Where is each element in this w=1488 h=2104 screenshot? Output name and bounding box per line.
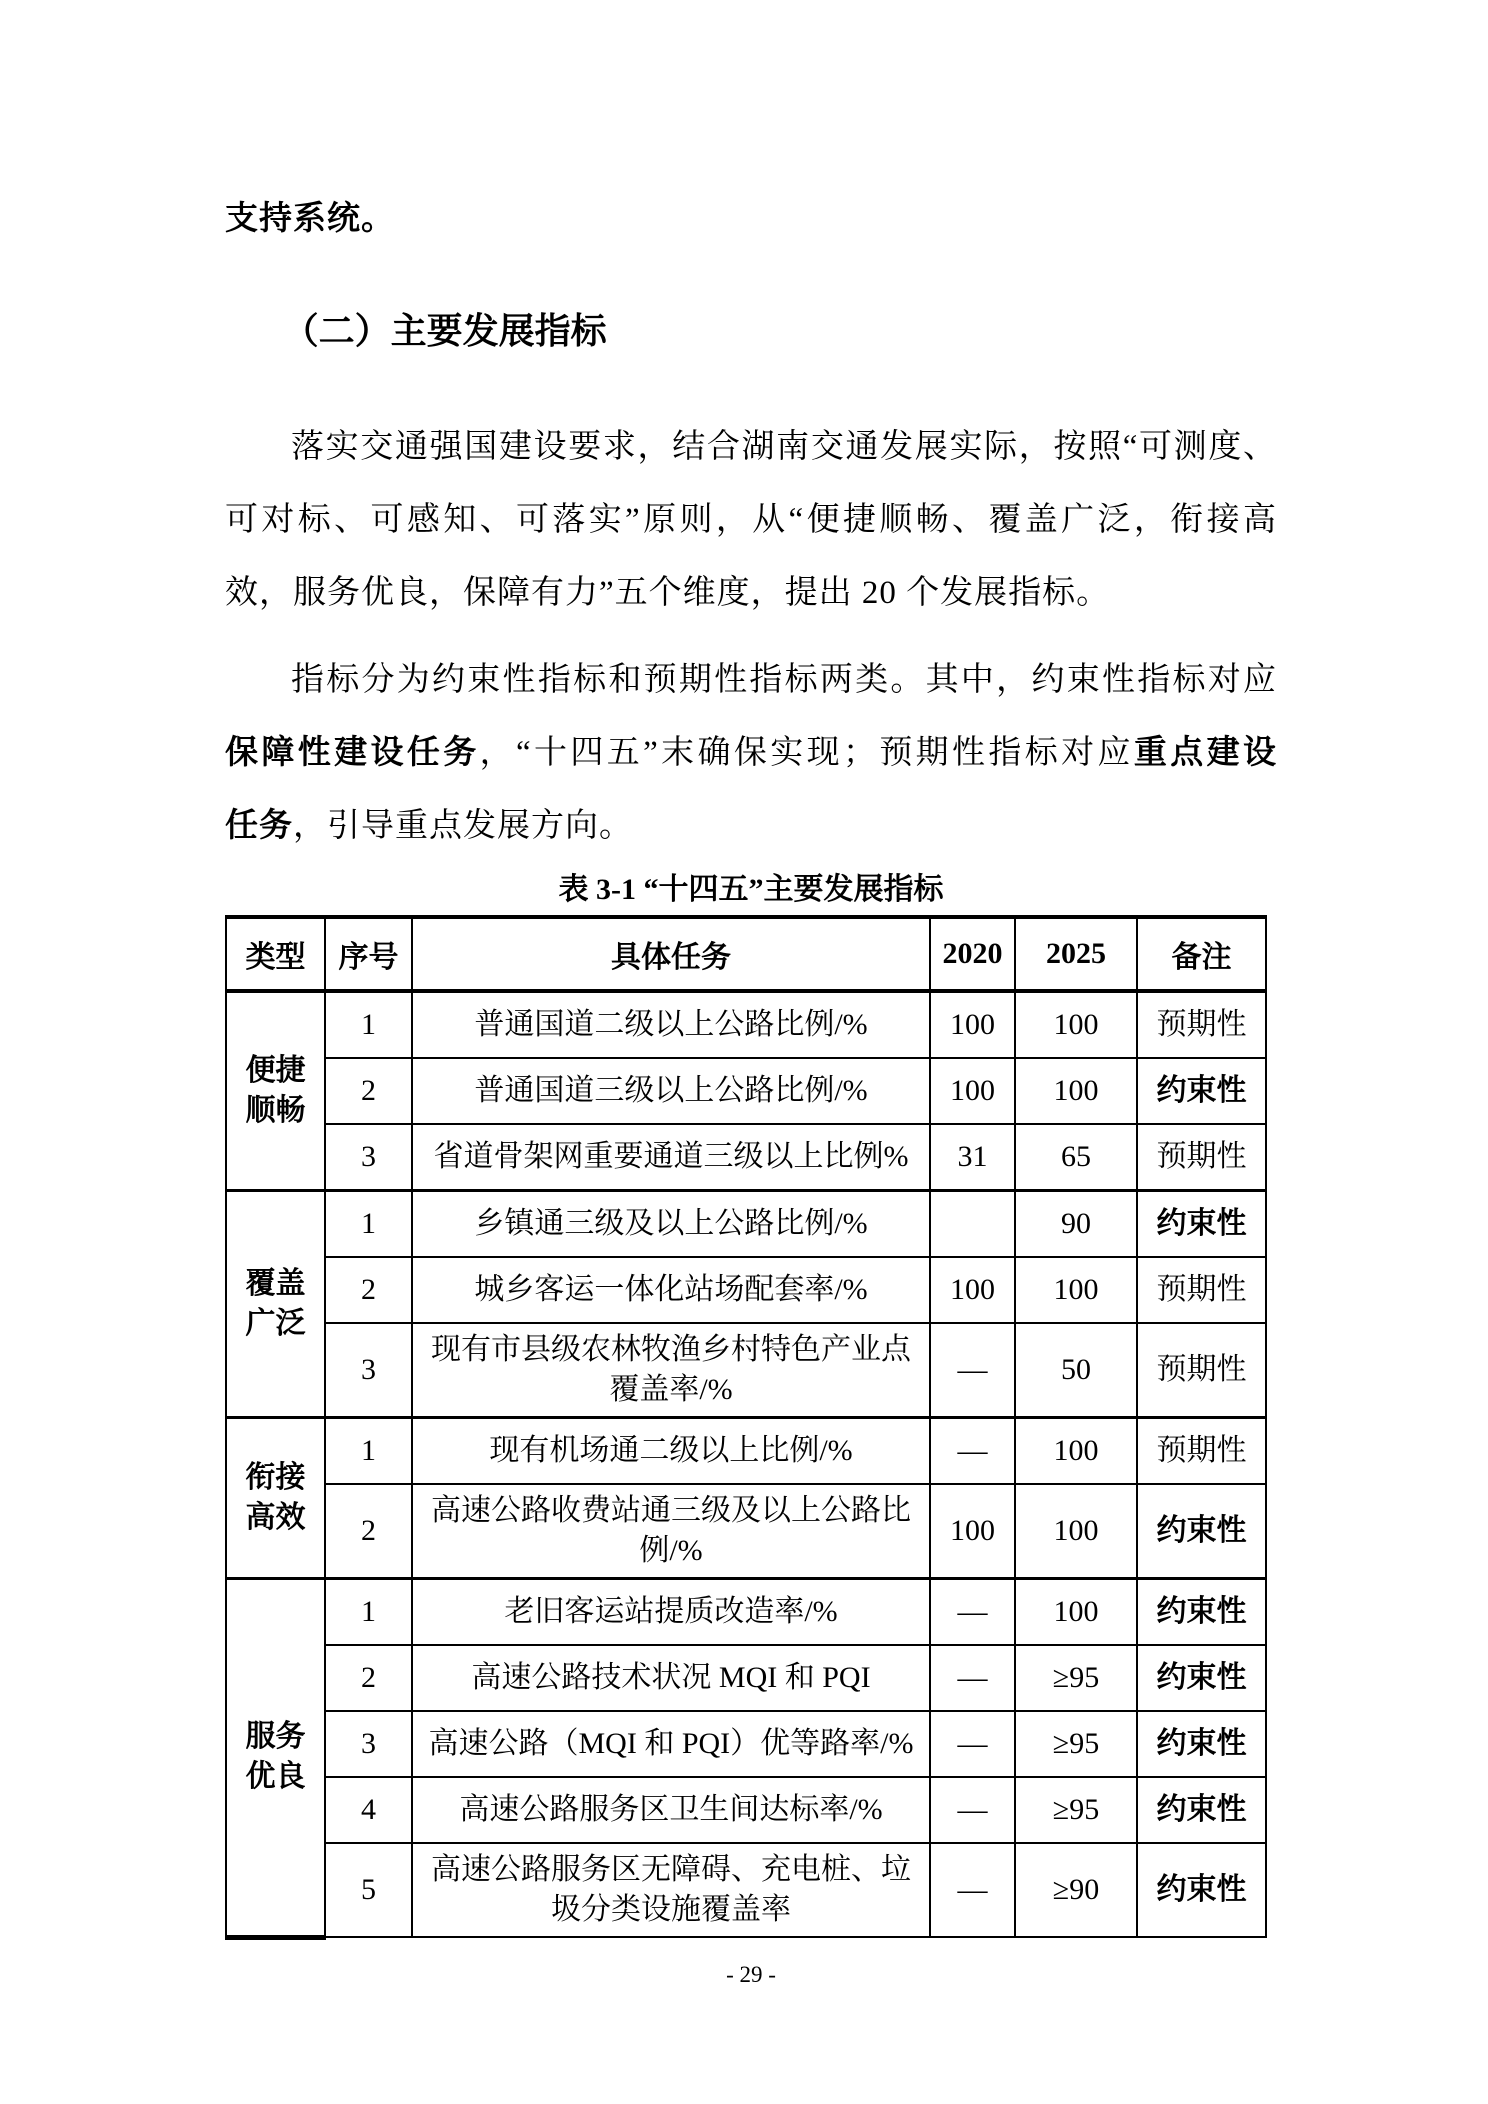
value-2025-cell: 65: [1015, 1124, 1137, 1191]
row-number-cell: 1: [325, 1418, 412, 1485]
value-2025-cell: ≥95: [1015, 1711, 1137, 1777]
note-cell: 约束性: [1137, 1777, 1266, 1843]
note-cell: 约束性: [1137, 1711, 1266, 1777]
table-row: 5高速公路服务区无障碍、充电桩、垃圾分类设施覆盖率—≥90约束性: [226, 1843, 1266, 1937]
value-2025-cell: 100: [1015, 1418, 1137, 1485]
task-cell: 高速公路收费站通三级及以上公路比例/%: [412, 1484, 930, 1579]
table-row: 2高速公路收费站通三级及以上公路比例/%100100约束性: [226, 1484, 1266, 1579]
bold-text-run: 任务: [225, 808, 293, 844]
task-cell: 老旧客运站提质改造率/%: [412, 1579, 930, 1646]
page-content: 支持系统。 （二）主要发展指标 落实交通强国建设要求，结合湖南交通发展实际，按照…: [0, 183, 1488, 1992]
task-cell: 高速公路服务区卫生间达标率/%: [412, 1777, 930, 1843]
row-number-cell: 5: [325, 1843, 412, 1937]
text-run: 指标分为约束性指标和预期性指标两类。其中，约束性指标对应: [291, 662, 1277, 698]
value-2020-cell: —: [930, 1579, 1015, 1646]
table-row: 2城乡客运一体化站场配套率/%100100预期性: [226, 1257, 1266, 1323]
column-header: 2025: [1015, 917, 1137, 991]
value-2020-cell: 100: [930, 1484, 1015, 1579]
value-2020-cell: —: [930, 1323, 1015, 1418]
value-2025-cell: 90: [1015, 1191, 1137, 1258]
task-cell: 现有机场通二级以上比例/%: [412, 1418, 930, 1485]
row-number-cell: 1: [325, 1579, 412, 1646]
table-row: 3高速公路（MQI 和 PQI）优等路率/%—≥95约束性: [226, 1711, 1266, 1777]
value-2020-cell: —: [930, 1418, 1015, 1485]
value-2020-cell: —: [930, 1777, 1015, 1843]
note-cell: 约束性: [1137, 1484, 1266, 1579]
text-run: ，“十四五”末确保实现；预期性指标对应: [480, 735, 1134, 771]
value-2025-cell: ≥90: [1015, 1843, 1137, 1937]
table-row: 衔接高效1现有机场通二级以上比例/%—100预期性: [226, 1418, 1266, 1485]
text-line: 落实交通强国建设要求，结合湖南交通发展实际，按照“可测度、: [225, 411, 1277, 484]
text-run: 落实交通强国建设要求，结合湖南交通发展实际，按照“可测度、: [291, 429, 1277, 465]
bold-text-run: 重点建设: [1134, 735, 1277, 771]
value-2025-cell: 100: [1015, 1579, 1137, 1646]
continuation-paragraph: 支持系统。: [225, 183, 1277, 256]
text-line: 可对标、可感知、可落实”原则，从“便捷顺畅、覆盖广泛，衔接高: [225, 484, 1277, 557]
table-row: 服务优良1老旧客运站提质改造率/%—100约束性: [226, 1579, 1266, 1646]
task-cell: 乡镇通三级及以上公路比例/%: [412, 1191, 930, 1258]
value-2020-cell: 100: [930, 991, 1015, 1058]
task-cell: 城乡客运一体化站场配套率/%: [412, 1257, 930, 1323]
task-cell: 现有市县级农林牧渔乡村特色产业点覆盖率/%: [412, 1323, 930, 1418]
column-header: 备注: [1137, 917, 1266, 991]
text-line: 任务，引导重点发展方向。: [225, 790, 1277, 863]
column-header: 具体任务: [412, 917, 930, 991]
row-number-cell: 1: [325, 1191, 412, 1258]
column-header: 类型: [226, 917, 325, 991]
value-2020-cell: 31: [930, 1124, 1015, 1191]
text-line: 保障性建设任务，“十四五”末确保实现；预期性指标对应重点建设: [225, 717, 1277, 790]
value-2025-cell: 50: [1015, 1323, 1137, 1418]
note-cell: 预期性: [1137, 991, 1266, 1058]
task-cell: 省道骨架网重要通道三级以上比例%: [412, 1124, 930, 1191]
row-number-cell: 3: [325, 1711, 412, 1777]
column-header: 2020: [930, 917, 1015, 991]
note-cell: 预期性: [1137, 1323, 1266, 1418]
value-2025-cell: ≥95: [1015, 1777, 1137, 1843]
row-number-cell: 2: [325, 1484, 412, 1579]
row-number-cell: 2: [325, 1058, 412, 1124]
value-2020-cell: [930, 1191, 1015, 1258]
column-header: 序号: [325, 917, 412, 991]
row-number-cell: 2: [325, 1257, 412, 1323]
table-row: 2普通国道三级以上公路比例/%100100约束性: [226, 1058, 1266, 1124]
task-cell: 普通国道三级以上公路比例/%: [412, 1058, 930, 1124]
value-2025-cell: 100: [1015, 1257, 1137, 1323]
document-page: 支持系统。 （二）主要发展指标 落实交通强国建设要求，结合湖南交通发展实际，按照…: [0, 0, 1488, 2104]
note-cell: 预期性: [1137, 1418, 1266, 1485]
table-row: 2高速公路技术状况 MQI 和 PQI—≥95约束性: [226, 1645, 1266, 1711]
value-2025-cell: 100: [1015, 1484, 1137, 1579]
row-number-cell: 3: [325, 1124, 412, 1191]
note-cell: 约束性: [1137, 1645, 1266, 1711]
note-cell: 约束性: [1137, 1843, 1266, 1937]
section-heading: （二）主要发展指标: [225, 294, 1277, 367]
table-row: 3省道骨架网重要通道三级以上比例%3165预期性: [226, 1124, 1266, 1191]
table-row: 便捷顺畅1普通国道二级以上公路比例/%100100预期性: [226, 991, 1266, 1058]
task-cell: 高速公路技术状况 MQI 和 PQI: [412, 1645, 930, 1711]
row-number-cell: 4: [325, 1777, 412, 1843]
page-number: - 29 -: [225, 1958, 1277, 1992]
indicators-table: 类型序号具体任务20202025备注 便捷顺畅1普通国道二级以上公路比例/%10…: [225, 915, 1267, 1940]
type-cell: 服务优良: [226, 1579, 325, 1938]
value-2025-cell: ≥95: [1015, 1645, 1137, 1711]
task-cell: 高速公路（MQI 和 PQI）优等路率/%: [412, 1711, 930, 1777]
paragraph-1: 落实交通强国建设要求，结合湖南交通发展实际，按照“可测度、可对标、可感知、可落实…: [225, 411, 1277, 630]
text-line: 指标分为约束性指标和预期性指标两类。其中，约束性指标对应: [225, 644, 1277, 717]
type-cell: 便捷顺畅: [226, 991, 325, 1191]
row-number-cell: 3: [325, 1323, 412, 1418]
note-cell: 预期性: [1137, 1257, 1266, 1323]
text-run: 效，服务优良，保障有力”五个维度，提出 20 个发展指标。: [225, 575, 1110, 611]
note-cell: 约束性: [1137, 1579, 1266, 1646]
paragraph-2: 指标分为约束性指标和预期性指标两类。其中，约束性指标对应保障性建设任务，“十四五…: [225, 644, 1277, 863]
value-2025-cell: 100: [1015, 1058, 1137, 1124]
value-2020-cell: 100: [930, 1257, 1015, 1323]
table-row: 覆盖广泛1乡镇通三级及以上公路比例/%90约束性: [226, 1191, 1266, 1258]
table-row: 4高速公路服务区卫生间达标率/%—≥95约束性: [226, 1777, 1266, 1843]
task-cell: 高速公路服务区无障碍、充电桩、垃圾分类设施覆盖率: [412, 1843, 930, 1937]
value-2020-cell: —: [930, 1645, 1015, 1711]
row-number-cell: 1: [325, 991, 412, 1058]
type-cell: 覆盖广泛: [226, 1191, 325, 1418]
value-2020-cell: —: [930, 1711, 1015, 1777]
text-run: 可对标、可感知、可落实”原则，从“便捷顺畅、覆盖广泛，衔接高: [225, 502, 1277, 538]
task-cell: 普通国道二级以上公路比例/%: [412, 991, 930, 1058]
text-run: ，引导重点发展方向。: [293, 808, 633, 844]
table-row: 3现有市县级农林牧渔乡村特色产业点覆盖率/%—50预期性: [226, 1323, 1266, 1418]
type-cell: 衔接高效: [226, 1418, 325, 1579]
value-2025-cell: 100: [1015, 991, 1137, 1058]
value-2020-cell: 100: [930, 1058, 1015, 1124]
value-2020-cell: —: [930, 1843, 1015, 1937]
note-cell: 约束性: [1137, 1191, 1266, 1258]
bold-text-run: 保障性建设任务: [225, 735, 480, 771]
note-cell: 预期性: [1137, 1124, 1266, 1191]
table-header-row: 类型序号具体任务20202025备注: [226, 917, 1266, 991]
row-number-cell: 2: [325, 1645, 412, 1711]
note-cell: 约束性: [1137, 1058, 1266, 1124]
table-caption: 表 3-1 “十四五”主要发展指标: [225, 868, 1277, 912]
text-line: 效，服务优良，保障有力”五个维度，提出 20 个发展指标。: [225, 557, 1277, 630]
